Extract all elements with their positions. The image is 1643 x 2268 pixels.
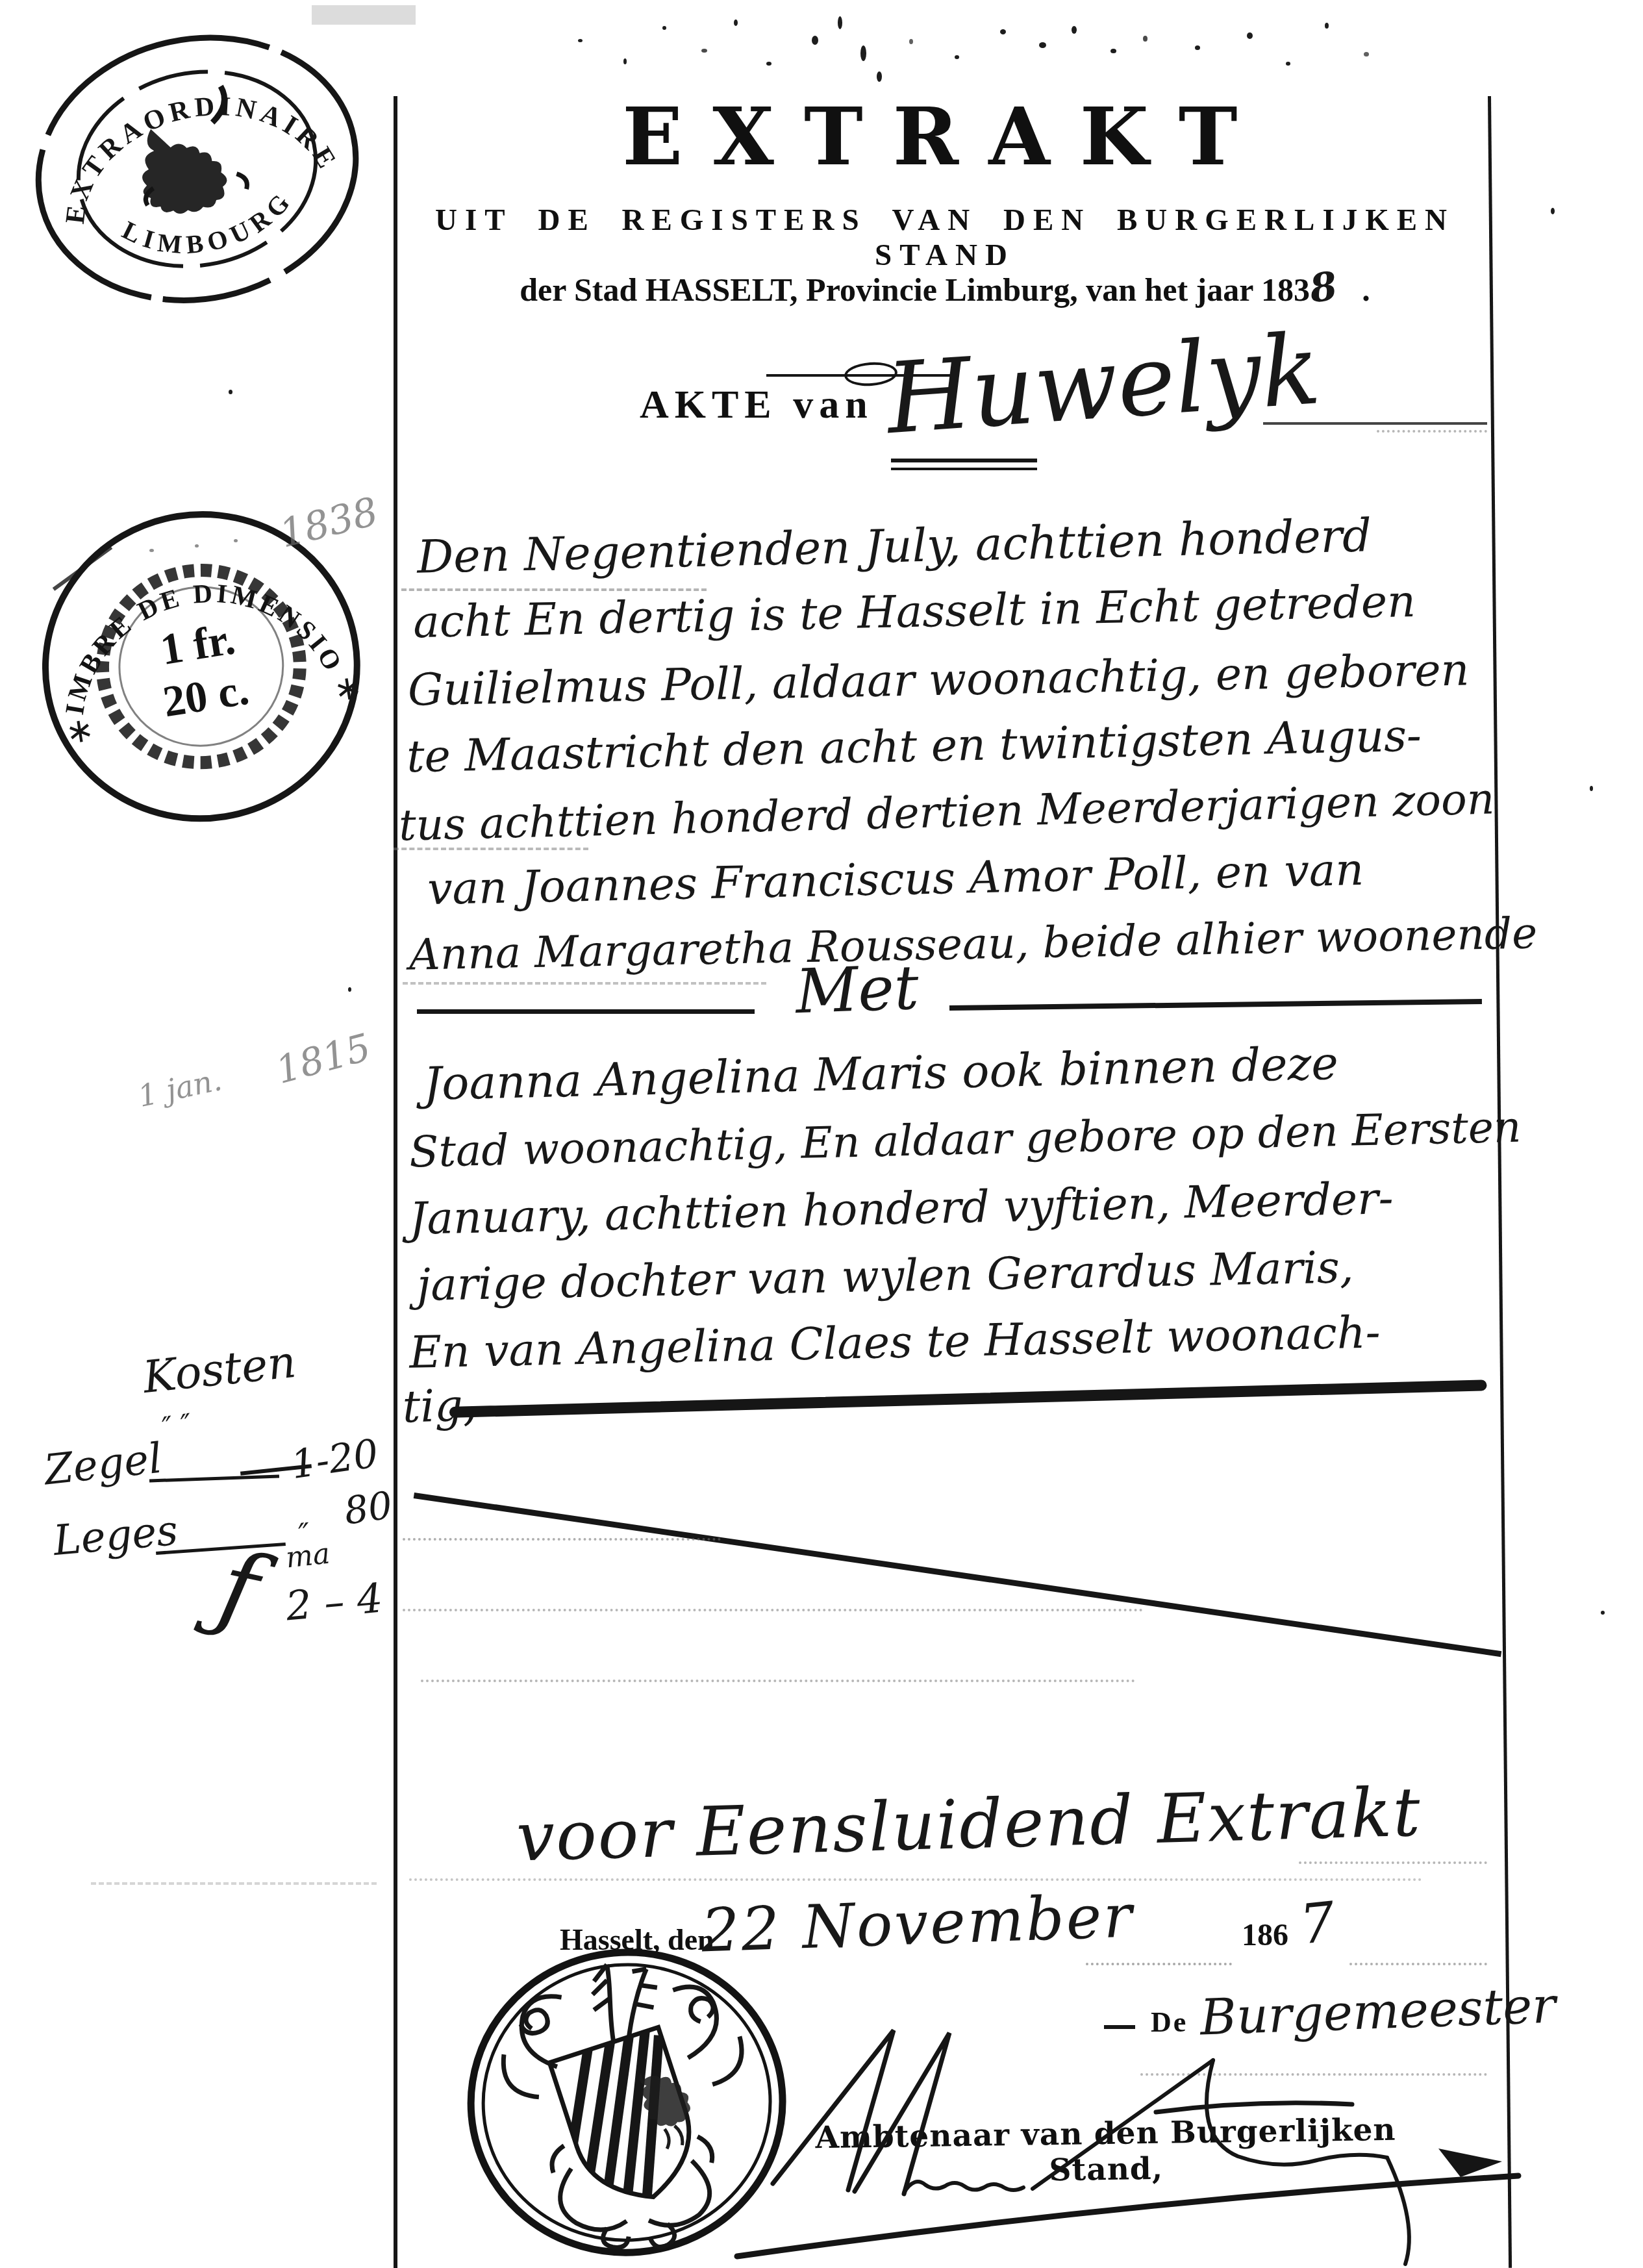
date-fill-dots <box>1086 1963 1232 1965</box>
handwritten-line: Den Negentienden July, achttien honderd <box>416 509 1372 583</box>
akte-label: AKTE van <box>640 382 873 428</box>
ruled-dotted-line <box>409 1878 1422 1881</box>
year-handwritten-closing: 7 <box>1297 1889 1338 1956</box>
margin-ink-dot <box>234 539 238 542</box>
double-rule-top <box>891 459 1037 462</box>
stamp-star-left: ∗ <box>63 711 97 751</box>
paper-speck <box>229 390 232 394</box>
met-line-left <box>417 1009 755 1014</box>
handwritten-line: Joanna Angelina Maris ook binnen deze <box>423 1037 1338 1111</box>
ruled-dashed-line <box>401 588 707 591</box>
right-border-line <box>1488 96 1512 2268</box>
margin-date-1815: 1815 <box>271 1025 375 1092</box>
margin-ink-dot <box>149 549 154 552</box>
stamp-value-francs: 1 fr. <box>157 614 238 674</box>
paper-speck <box>1590 786 1593 791</box>
signature-arrow-end <box>1438 2148 1502 2177</box>
paper-speck <box>348 987 351 992</box>
handwritten-line: Stad woonachtig, En aldaar gebore op den… <box>408 1102 1522 1178</box>
city-line-text: der Stad HASSELT, Provincie Limburg, van… <box>520 271 1261 308</box>
kosten-ditto-marks: ″ ″ <box>160 1407 194 1443</box>
margin-ink-dot <box>195 544 199 548</box>
zegel-label: Zegel <box>42 1435 164 1495</box>
leges-value: 80 <box>342 1483 395 1533</box>
left-border-line <box>394 96 397 2268</box>
margin-dash-line <box>91 1882 377 1885</box>
year-fill-dots <box>1349 1963 1487 1965</box>
margin-date-1815-prefix: 1 jan. <box>135 1062 225 1114</box>
scan-noise-band <box>273 0 1442 97</box>
register-line: UIT DE REGISTERS VAN DEN BURGERLIJKEN ST… <box>396 203 1494 273</box>
ruled-dotted-line <box>403 1538 721 1541</box>
handwritten-line: January, achttien honderd vyftien, Meerd… <box>408 1173 1394 1245</box>
certification-line: voor Eensluidend Extrakt <box>516 1772 1423 1877</box>
paper-speck <box>1551 208 1555 214</box>
page-title: EXTRAKT <box>396 90 1494 183</box>
handwritten-line: En van Angelina Claes te Hasselt woonach… <box>408 1307 1381 1378</box>
year-printed-closing: 186 <box>1242 1917 1288 1953</box>
diagonal-strike-line <box>414 1493 1502 1657</box>
double-rule-bottom <box>891 468 1037 470</box>
city-year-line: der Stad HASSELT, Provincie Limburg, van… <box>396 265 1494 310</box>
zegel-dash <box>149 1475 279 1483</box>
year-handwritten: 8 <box>1307 263 1340 312</box>
handwritten-line: Anna Margaretha Rousseau, beide alhier w… <box>408 908 1537 979</box>
met-separator: Met <box>794 953 920 1028</box>
akte-type-handwritten: Huwelyk <box>883 313 1324 456</box>
kosten-block: Kosten ″ ″ Zegel 1-20 Leges ″ 80 ƒ ma 2 … <box>26 1338 416 1650</box>
handwritten-line: acht En dertig is te Hasselt in Echt get… <box>412 576 1416 648</box>
extraordinary-revenue-stamp: EXTRAORDINAIRE LIMBOURG <box>2 0 394 344</box>
stamp-value-centimes: 20 c. <box>160 664 252 727</box>
signature-flourish <box>727 2000 1552 2268</box>
handwritten-line: Guilielmus Poll, aldaar woonachtig, en g… <box>407 644 1470 716</box>
line-filler-stroke <box>449 1380 1487 1418</box>
handwritten-line: tus achttien honderd dertien Meerderjari… <box>398 774 1495 850</box>
stamp-star-right: ∗ <box>331 668 365 709</box>
handwritten-line: van Joannes Franciscus Amor Poll, en van <box>427 844 1364 915</box>
ruled-dashed-line <box>403 982 766 985</box>
handwritten-line: te Maastricht den acht en twintigsten Au… <box>406 711 1422 783</box>
handwritten-line: jarige dochter van wylen Gerardus Maris, <box>416 1242 1354 1311</box>
akte-fill-dots <box>1377 430 1487 433</box>
period: . <box>1362 271 1370 308</box>
paper-speck <box>1601 1611 1605 1615</box>
zegel-value: 1-20 <box>288 1431 381 1488</box>
total-note: ma <box>284 1537 332 1575</box>
year-printed: 183 <box>1261 271 1310 308</box>
ruled-dotted-line <box>403 1609 1143 1611</box>
met-line-right <box>949 999 1482 1011</box>
leges-label: Leges <box>51 1507 180 1565</box>
ruled-dotted-line <box>421 1680 1135 1682</box>
certification-underline-dots <box>1299 1861 1487 1864</box>
akte-fill-line <box>1263 422 1487 425</box>
kosten-heading: Kosten <box>141 1337 299 1404</box>
total-value: 2 – 4 <box>284 1574 384 1630</box>
